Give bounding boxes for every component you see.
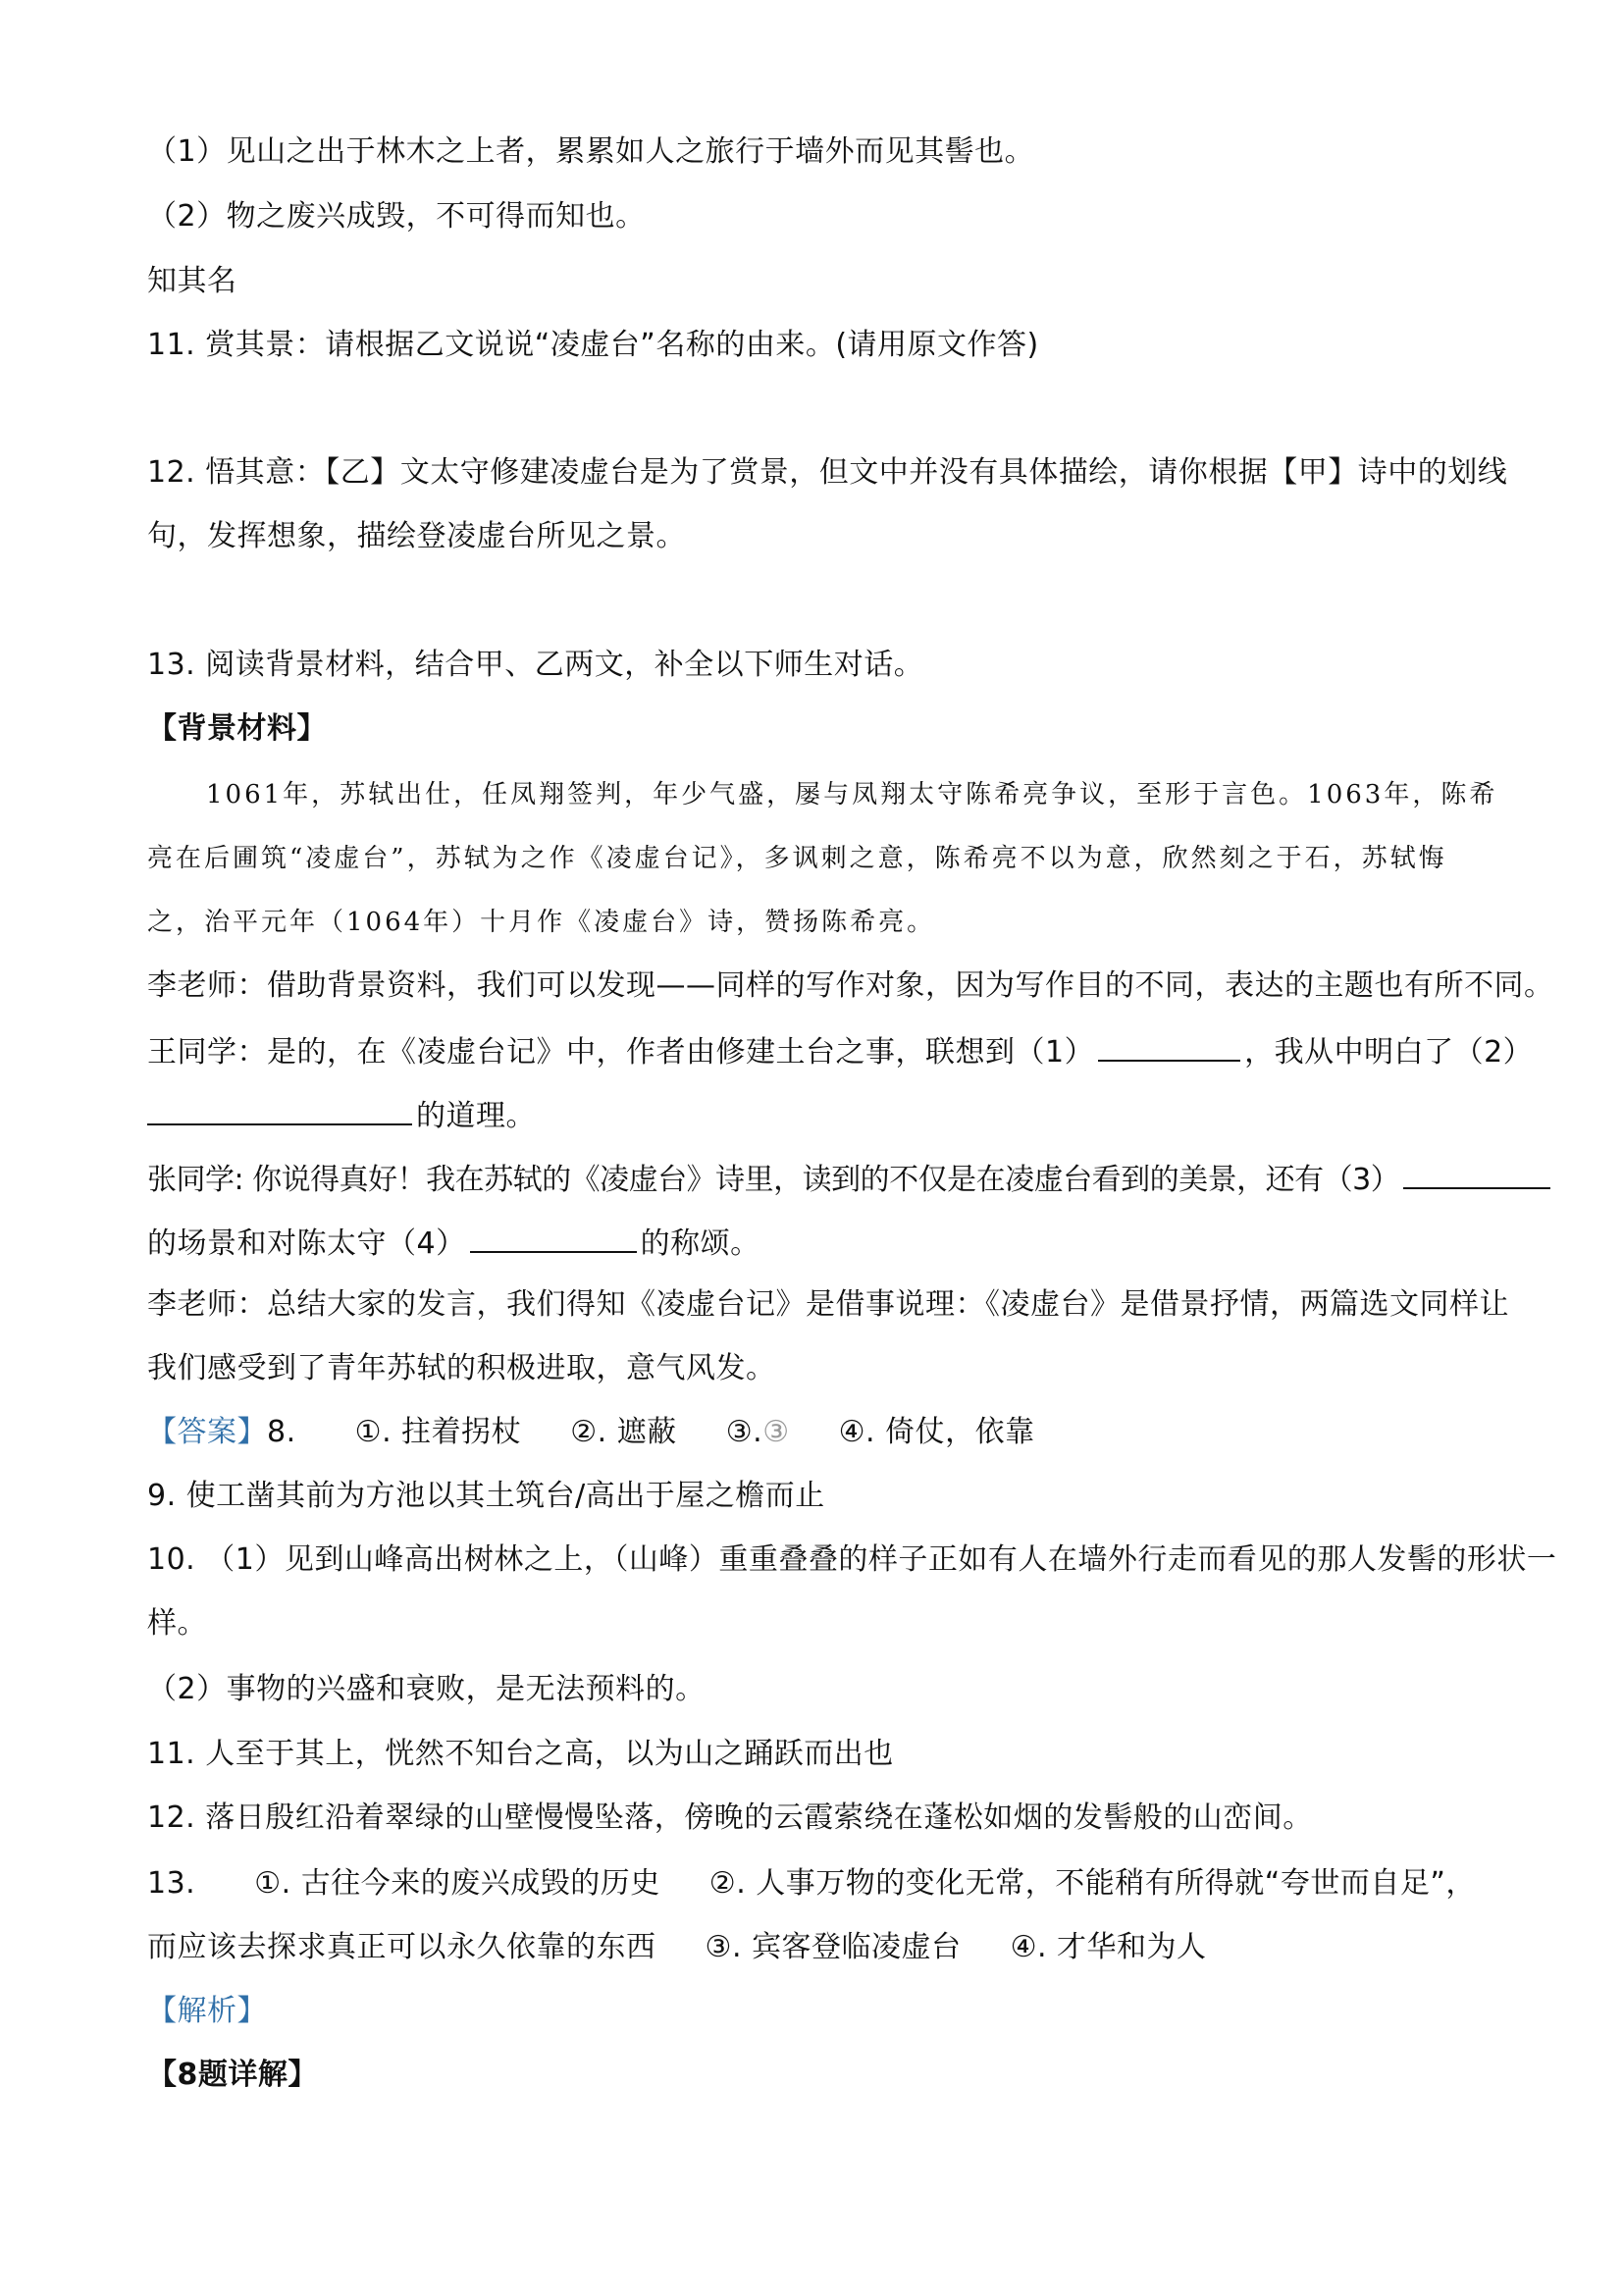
answer-10-item-2: （2）事物的兴盛和衰败，是无法预料的。 [147,1670,706,1709]
answer-13-item-1-text: . 古往今来的废兴成毁的历史 [282,1866,660,1901]
background-label: 【背景材料】 [147,709,327,749]
dialogue-li-teacher-2-line-2: 我们感受到了青年苏轼的积极进取，意气风发。 [147,1349,776,1388]
answer-10-line-1: 10. （1）见到山峰高出树林之上，（山峰）重重叠叠的样子正如有人在墙外行走而看… [147,1540,1556,1580]
circled-1-icon: ① [254,1866,281,1901]
circled-4-icon: ④ [1011,1930,1037,1964]
answer-8: 【答案】8. ①. 拄着拐杖 ②. 遮蔽 ③.③ ④. 倚仗，依靠 [147,1413,1035,1452]
answer-8-item-1-text: . 拄着拐杖 [382,1415,521,1449]
circled-3-icon: ③ [706,1930,732,1964]
answer-13-item-2: ②. 人事万物的变化无常，不能稍有所得就“夸世而自足”， [709,1864,1476,1904]
fill-blank-1[interactable] [1098,1030,1240,1062]
answer-8-item-2: ②. 遮蔽 [570,1413,676,1452]
dialogue-zhang-part-a: 张同学: 你说得真好！我在苏轼的《凌虚台》诗里，读到的不仅是在凌虚台看到的美景，… [147,1163,1399,1197]
circled-4-icon: ④ [839,1415,865,1449]
answer-13-line-1: 13. ①. 古往今来的废兴成毁的历史 ②. 人事万物的变化无常，不能稍有所得就… [147,1864,1476,1904]
answer-8-number: 8. [267,1415,296,1449]
background-line-2: 亮在后圃筑“凌虚台”，苏轼为之作《凌虚台记》，多讽刺之意，陈希亮不以为意，欣然刻… [147,839,1447,878]
circled-2-icon: ② [570,1415,597,1449]
dialogue-wang-part-c: 的道理。 [416,1099,536,1133]
section-heading: 知其名 [147,262,237,301]
dialogue-li-teacher-2-line-1: 李老师：总结大家的发言，我们得知《凌虚台记》是借事说理：《凌虚台》是借景抒情，两… [147,1285,1509,1325]
answer-8-item-2-text: . 遮蔽 [598,1415,677,1449]
answer-13-number: 13. [147,1866,195,1901]
answer-13-item-3-text: . 宾客登临凌虚台 [732,1930,962,1964]
circled-1-icon: ① [355,1415,382,1449]
question-13-prompt: 13. 阅读背景材料，结合甲、乙两文，补全以下师生对话。 [147,646,923,685]
dialogue-wang-student: 王同学：是的，在《凌虚台记》中，作者由修建土台之事，联想到（1），我从中明白了（… [147,1030,1533,1072]
answer-11: 11. 人至于其上，恍然不知台之高，以为山之踊跃而出也 [147,1735,894,1774]
dialogue-zhang-continued: 的场景和对陈太守（4）的称颂。 [147,1222,760,1264]
answer-label: 【答案】 [147,1415,267,1449]
dialogue-wang-part-a: 王同学：是的，在《凌虚台记》中，作者由修建土台之事，联想到（1） [147,1035,1094,1070]
answer-8-item-4: ④. 倚仗，依靠 [839,1413,1035,1452]
question-8-detail-heading: 【8题详解】 [147,2056,318,2095]
answer-8-item-3: ③.③ [726,1413,790,1452]
translate-item-2: （2）物之废兴成毁，不可得而知也。 [147,197,646,236]
fill-blank-2[interactable] [147,1094,412,1125]
background-line-3: 之，治平元年（1064年）十月作《凌虚台》诗，赞扬陈希亮。 [147,903,935,942]
answer-13-item-4: ④. 才华和为人 [1011,1928,1207,1967]
answer-10-line-2: 样。 [147,1604,207,1644]
dialogue-wang-part-b: ，我从中明白了（2） [1244,1035,1533,1070]
dialogue-zhang-student: 张同学: 你说得真好！我在苏轼的《凌虚台》诗里，读到的不仅是在凌虚台看到的美景，… [147,1158,1554,1200]
circled-2-icon: ② [709,1866,736,1901]
circled-3-icon: ③ [726,1415,753,1449]
translate-item-1: （1）见山之出于林木之上者，累累如人之旅行于墙外而见其髻也。 [147,132,1034,172]
answer-13-item-1: ①. 古往今来的废兴成毁的历史 [254,1864,659,1904]
answer-8-item-3-text: . [753,1415,762,1449]
dialogue-wang-continued: 的道理。 [147,1094,536,1136]
answer-8-item-1: ①. 拄着拐杖 [355,1413,521,1452]
fill-blank-3[interactable] [1403,1158,1550,1189]
question-12-line-1: 12. 悟其意：【乙】文太守修建凌虚台是为了赏景，但文中并没有具体描绘，请你根据… [147,453,1507,493]
answer-13-item-3: ③. 宾客登临凌虚台 [706,1928,962,1967]
answer-8-item-4-text: . 倚仗，依靠 [865,1415,1035,1449]
background-line-1: 1061年，苏轼出仕，任凤翔签判，年少气盛，屡与凤翔太守陈希亮争议，至形于言色。… [206,775,1497,814]
dialogue-li-teacher-1: 李老师：借助背景资料，我们可以发现——同样的写作对象，因为写作目的不同，表达的主… [147,966,1554,1006]
answer-13-item-2-text: . 人事万物的变化无常，不能稍有所得就“夸世而自足”， [736,1866,1476,1901]
answer-12: 12. 落日殷红沿着翠绿的山壁慢慢坠落，傍晚的云霞萦绕在蓬松如烟的发髻般的山峦间… [147,1799,1313,1838]
question-12-line-2: 句，发挥想象，描绘登凌虚台所见之景。 [147,517,686,556]
answer-13-line-2: 而应该去探求真正可以永久依靠的东西 ③. 宾客登临凌虚台 ④. 才华和为人 [147,1928,1207,1967]
analysis-label: 【解析】 [147,1992,267,2031]
answer-13-continued: 而应该去探求真正可以永久依靠的东西 [147,1930,656,1964]
dialogue-zhang-part-c: 的称颂。 [641,1226,760,1261]
circled-3-grey-icon: ③ [762,1415,789,1449]
fill-blank-4[interactable] [470,1222,637,1253]
answer-9: 9. 使工凿其前为方池以其土筑台/高出于屋之檐而止 [147,1477,825,1516]
question-11: 11. 赏其景：请根据乙文说说“凌虚台”名称的由来。(请用原文作答) [147,326,1039,365]
dialogue-zhang-part-b: 的场景和对陈太守（4） [147,1226,466,1261]
answer-13-item-4-text: . 才华和为人 [1037,1930,1207,1964]
